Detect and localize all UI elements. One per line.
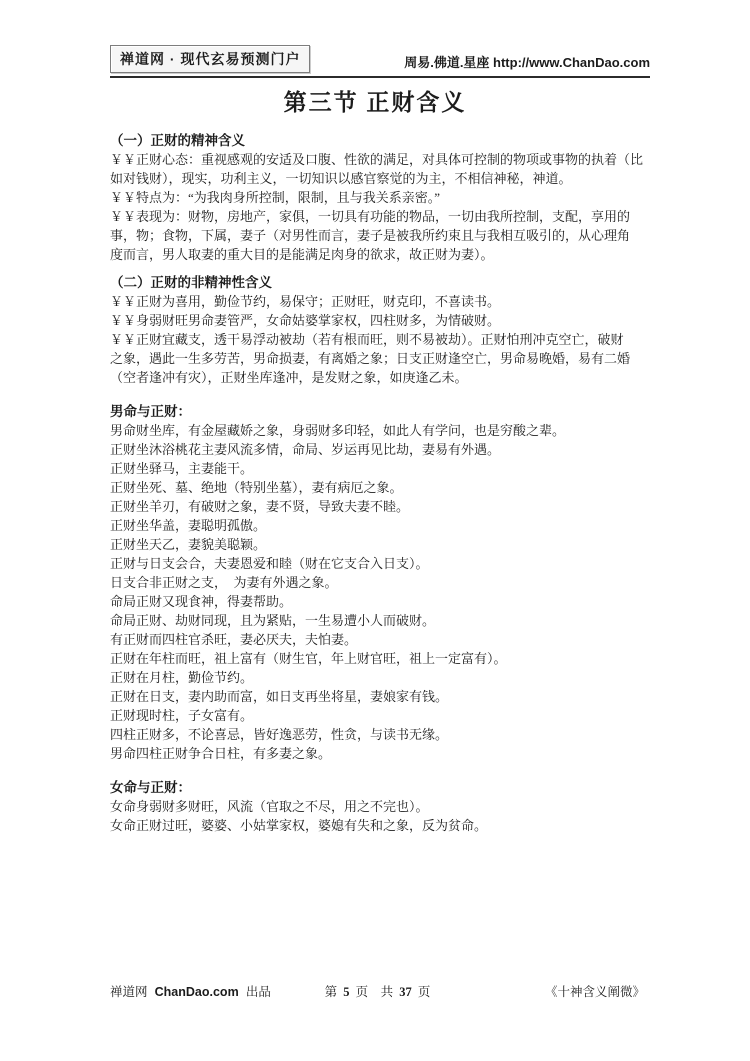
current-page-number: 5 [343, 985, 349, 999]
document-content: （一）正财的精神含义 ￥￥正财心态：重视感观的安适及口腹、性欲的满足，对具体可控… [110, 131, 650, 835]
content-section-male: 男命与正财： 男命财坐库，有金屋藏娇之象，身弱财多印轻，如此人有学问，也是穷酸之… [110, 402, 650, 763]
footer-brand: ChanDao.com [155, 985, 239, 999]
section-body: 女命身弱财多财旺，风流（官取之不尽，用之不完也）。 女命正财过旺，婆婆、小姑掌家… [110, 797, 650, 835]
site-logo-badge: 禅道网 · 现代玄易预测门户 [110, 45, 310, 73]
section-body: 男命财坐库，有金屋藏娇之象，身弱财多印轻，如此人有学问，也是穷酸之辈。 正财坐沐… [110, 421, 650, 763]
footer-publisher: 禅道网 ChanDao.com 出品 [110, 982, 325, 1000]
footer-book-title: 《十神含义阐微》 [430, 982, 645, 1000]
section-heading: （二）正财的非精神性含义 [110, 273, 650, 292]
total-page-number: 37 [399, 985, 412, 999]
page-indicator-mid: 页 共 [356, 985, 394, 999]
footer-site-name: 禅道网 [110, 985, 148, 999]
page-indicator-prefix: 第 [325, 985, 338, 999]
content-section-female: 女命与正财： 女命身弱财多财旺，风流（官取之不尽，用之不完也）。 女命正财过旺，… [110, 778, 650, 835]
page-footer: 禅道网 ChanDao.com 出品 第 5 页 共 37 页 《十神含义阐微》 [110, 982, 645, 1000]
footer-page-indicator: 第 5 页 共 37 页 [325, 982, 431, 1000]
site-tagline-url: 周易.佛道.星座 http://www.ChanDao.com [404, 52, 650, 71]
section-body: ￥￥正财心态：重视感观的安适及口腹、性欲的满足，对具体可控制的物项或事物的执着（… [110, 150, 650, 264]
section-heading: 女命与正财： [110, 778, 650, 797]
page-title: 第三节 正财含义 [0, 84, 750, 117]
page-indicator-suffix: 页 [418, 985, 431, 999]
content-section-non-spiritual: （二）正财的非精神性含义 ￥￥正财为喜用，勤俭节约，易保守；正财旺，财克印，不喜… [110, 273, 650, 387]
content-section-spiritual: （一）正财的精神含义 ￥￥正财心态：重视感观的安适及口腹、性欲的满足，对具体可控… [110, 131, 650, 264]
document-page: 禅道网 · 现代玄易预测门户 周易.佛道.星座 http://www.ChanD… [0, 0, 750, 1061]
section-heading: 男命与正财： [110, 402, 650, 421]
section-heading: （一）正财的精神含义 [110, 131, 650, 150]
page-header: 禅道网 · 现代玄易预测门户 周易.佛道.星座 http://www.ChanD… [110, 45, 650, 78]
footer-publisher-suffix: 出品 [246, 985, 271, 999]
section-body: ￥￥正财为喜用，勤俭节约，易保守；正财旺，财克印，不喜读书。 ￥￥身弱财旺男命妻… [110, 292, 650, 387]
